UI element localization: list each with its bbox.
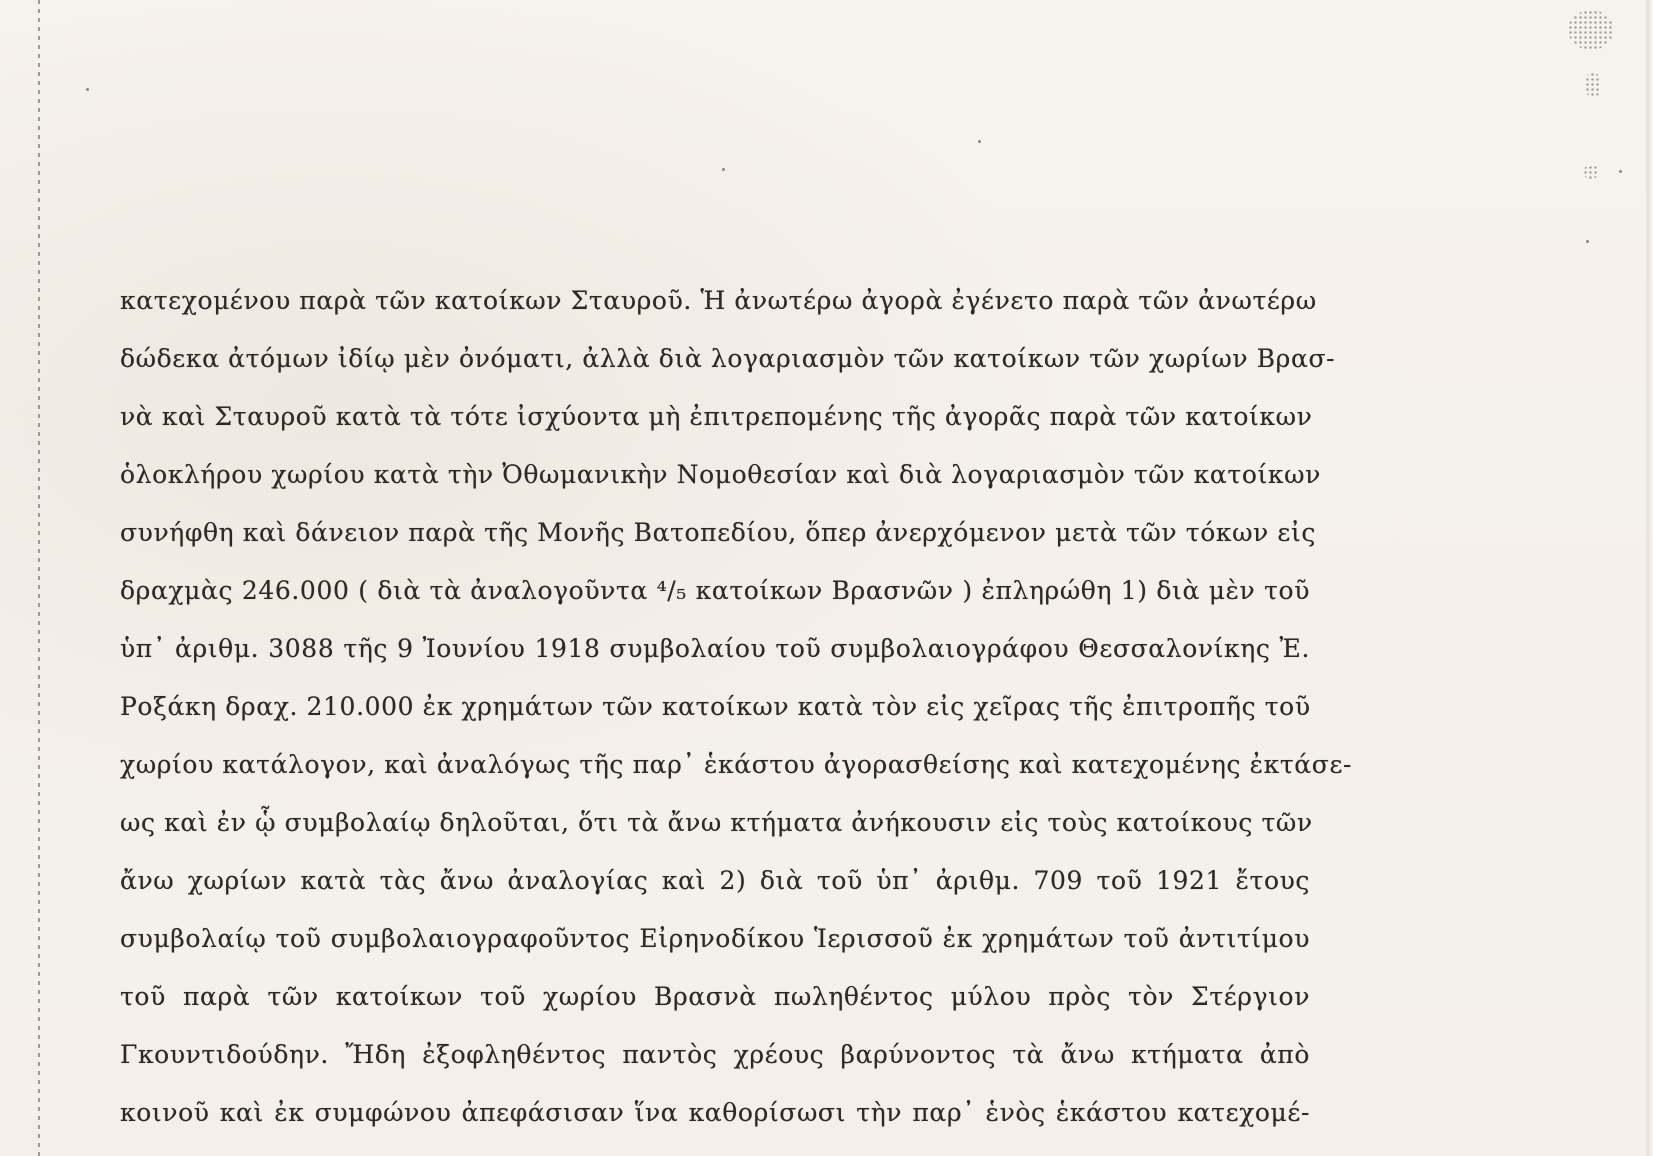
left-page-edge-artifact xyxy=(38,0,40,1156)
scan-noise-speck xyxy=(1568,10,1614,50)
text-line: κατεχομένου παρὰ τῶν κατοίκων Σταυροῦ. Ἡ… xyxy=(120,272,1310,330)
text-line: δραχμὰς 246.000 ( διὰ τὰ ἀναλογοῦντα ⁴/₅… xyxy=(120,562,1310,620)
text-line: Γκουντιδούδην. Ἤδη ἐξοφληθέντος παντὸς χ… xyxy=(120,1026,1310,1084)
text-line: χωρίου κατάλογον, καὶ ἀναλόγως τῆς παρ᾽ … xyxy=(120,736,1310,794)
text-line: συνήφθη καὶ δάνειον παρὰ τῆς Μονῆς Βατοπ… xyxy=(120,504,1310,562)
scan-noise-speck xyxy=(86,88,89,91)
scan-noise-speck xyxy=(1583,165,1599,179)
scan-noise-speck xyxy=(978,140,981,143)
text-line: ἄνω χωρίων κατὰ τὰς ἄνω ἀναλογίας καὶ 2)… xyxy=(120,852,1310,910)
text-line: συμβολαίῳ τοῦ συμβολαιογραφοῦντος Εἰρηνο… xyxy=(120,910,1310,968)
text-line: ὑπ᾽ ἀριθμ. 3088 τῆς 9 Ἰουνίου 1918 συμβο… xyxy=(120,620,1310,678)
text-line: δώδεκα ἀτόμων ἰδίῳ μὲν ὀνόματι, ἀλλὰ διὰ… xyxy=(120,330,1310,388)
scan-noise-speck xyxy=(722,168,725,171)
text-line: Ροξάκη δραχ. 210.000 ἐκ χρημάτων τῶν κατ… xyxy=(120,678,1310,736)
text-line: ὁλοκλήρου χωρίου κατὰ τὴν Ὀθωμανικὴν Νομ… xyxy=(120,446,1310,504)
scan-noise-speck xyxy=(1619,170,1622,173)
text-line: ως καὶ ἐν ᾧ συμβολαίῳ δηλοῦται, ὅτι τὰ ἄ… xyxy=(120,794,1310,852)
right-page-edge xyxy=(1646,0,1650,1156)
text-line: τοῦ παρὰ τῶν κατοίκων τοῦ χωρίου Βρασνὰ … xyxy=(120,968,1310,1026)
text-line: νὰ καὶ Σταυροῦ κατὰ τὰ τότε ἰσχύοντα μὴ … xyxy=(120,388,1310,446)
document-body-text: κατεχομένου παρὰ τῶν κατοίκων Σταυροῦ. Ἡ… xyxy=(120,272,1310,1142)
scan-noise-speck xyxy=(1586,240,1589,243)
text-line: κοινοῦ καὶ ἐκ συμφώνου ἀπεφάσισαν ἵνα κα… xyxy=(120,1084,1310,1142)
scanned-page: κατεχομένου παρὰ τῶν κατοίκων Σταυροῦ. Ἡ… xyxy=(0,0,1653,1156)
scan-noise-speck xyxy=(1585,72,1601,98)
